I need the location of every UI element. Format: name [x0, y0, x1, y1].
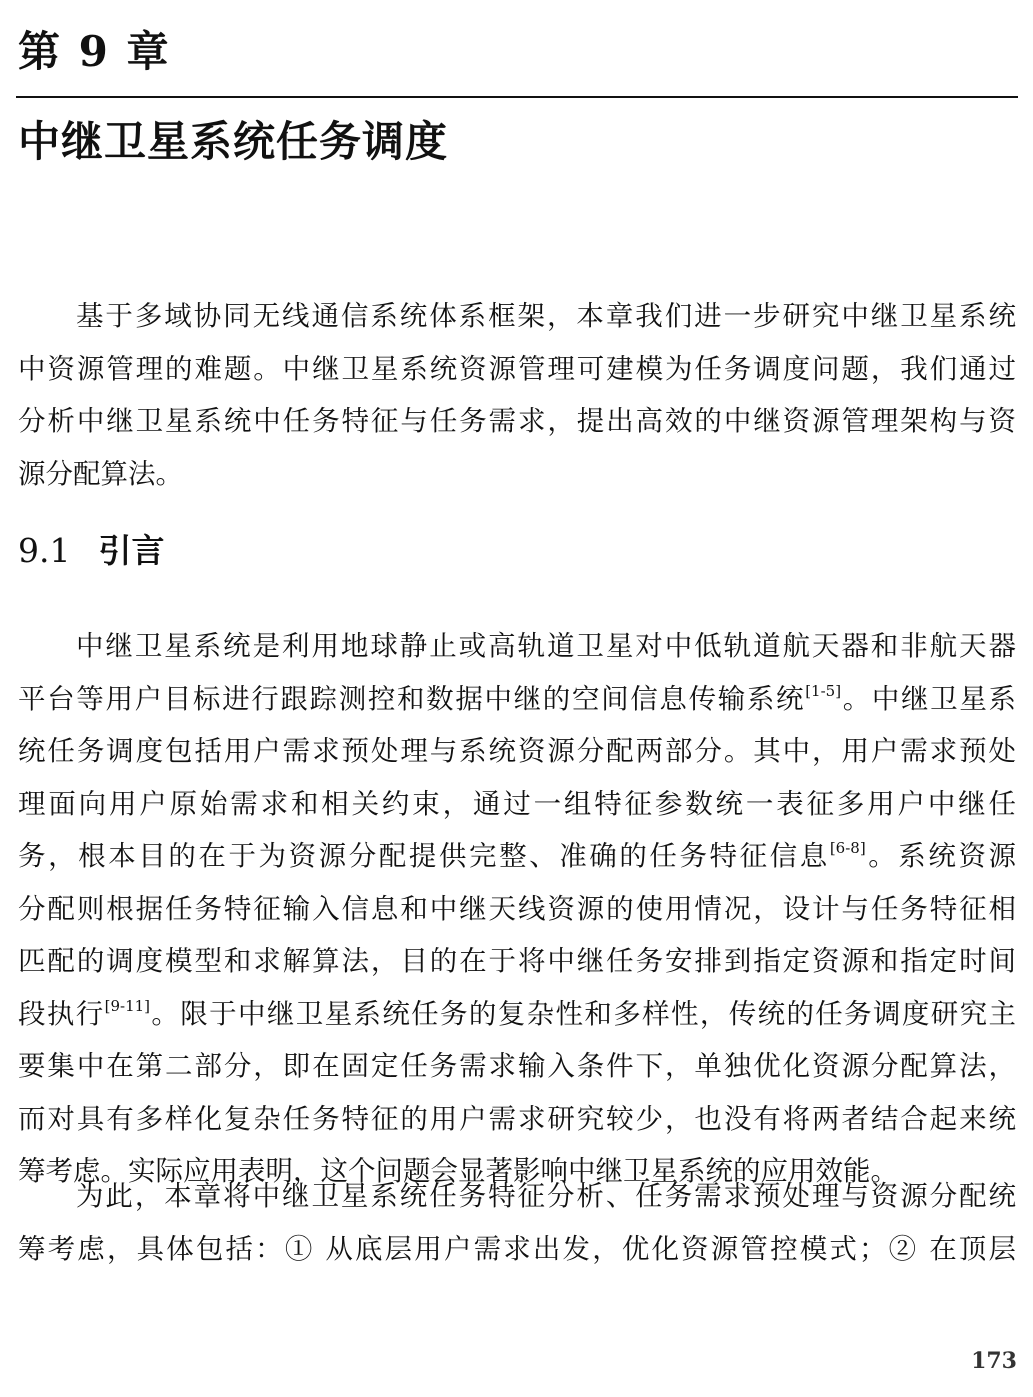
chapter-label: 第 9 章 — [18, 26, 170, 78]
text-line: 理面向用户原始需求和相关约束，通过一组特征参数统一表征多用户中继任 — [18, 778, 1016, 831]
text-segment: 。限于中继卫星系统任务的复杂性和多样性，传统的任务调度研究主 — [150, 998, 1016, 1030]
text-line: 要集中在第二部分，即在固定任务需求输入条件下，单独优化资源分配算法， — [18, 1040, 1016, 1093]
text-line: 筹考虑，具体包括：① 从底层用户需求出发，优化资源管控模式；② 在顶层 — [18, 1223, 1016, 1276]
section-heading: 9.1引言 — [18, 526, 164, 576]
text-line: 为此，本章将中继卫星系统任务特征分析、任务需求预处理与资源分配统 — [18, 1170, 1016, 1223]
text-segment: 。中继卫星系 — [841, 683, 1016, 715]
body-paragraph-2: 为此，本章将中继卫星系统任务特征分析、任务需求预处理与资源分配统 筹考虑，具体包… — [18, 1170, 1016, 1275]
text-line: 基于多域协同无线通信系统体系框架，本章我们进一步研究中继卫星系统 — [18, 290, 1016, 343]
citation-ref: [6-8] — [830, 839, 866, 857]
section-title: 引言 — [98, 531, 164, 570]
citation-ref: [9-11] — [105, 997, 150, 1015]
text-line: 段执行[9-11]。限于中继卫星系统任务的复杂性和多样性，传统的任务调度研究主 — [18, 988, 1016, 1041]
chapter-divider — [16, 96, 1018, 98]
citation-ref: [1-5] — [805, 682, 841, 700]
text-line: 而对具有多样化复杂任务特征的用户需求研究较少，也没有将两者结合起来统 — [18, 1093, 1016, 1146]
page-number: 173 — [971, 1348, 1017, 1374]
text-segment: 务，根本目的在于为资源分配提供完整、准确的任务特征信息 — [18, 840, 830, 872]
text-line: 中资源管理的难题。中继卫星系统资源管理可建模为任务调度问题，我们通过 — [18, 343, 1016, 396]
chapter-title: 中继卫星系统任务调度 — [18, 114, 448, 170]
text-segment: 段执行 — [18, 998, 105, 1030]
text-line: 平台等用户目标进行跟踪测控和数据中继的空间信息传输系统[1-5]。中继卫星系 — [18, 673, 1016, 726]
text-line: 中继卫星系统是利用地球静止或高轨道卫星对中低轨道航天器和非航天器 — [18, 620, 1016, 673]
intro-paragraph: 基于多域协同无线通信系统体系框架，本章我们进一步研究中继卫星系统 中资源管理的难… — [18, 290, 1016, 500]
text-line: 匹配的调度模型和求解算法，目的在于将中继任务安排到指定资源和指定时间 — [18, 935, 1016, 988]
text-line: 统任务调度包括用户需求预处理与系统资源分配两部分。其中，用户需求预处 — [18, 725, 1016, 778]
text-line: 分析中继卫星系统中任务特征与任务需求，提出高效的中继资源管理架构与资 — [18, 395, 1016, 448]
text-line: 源分配算法。 — [18, 448, 1016, 501]
text-line: 务，根本目的在于为资源分配提供完整、准确的任务特征信息[6-8]。系统资源 — [18, 830, 1016, 883]
body-paragraph-1: 中继卫星系统是利用地球静止或高轨道卫星对中低轨道航天器和非航天器 平台等用户目标… — [18, 620, 1016, 1198]
section-number: 9.1 — [18, 531, 70, 570]
text-line: 分配则根据任务特征输入信息和中继天线资源的使用情况，设计与任务特征相 — [18, 883, 1016, 936]
text-segment: 平台等用户目标进行跟踪测控和数据中继的空间信息传输系统 — [18, 683, 805, 715]
text-segment: 。系统资源 — [866, 840, 1016, 872]
